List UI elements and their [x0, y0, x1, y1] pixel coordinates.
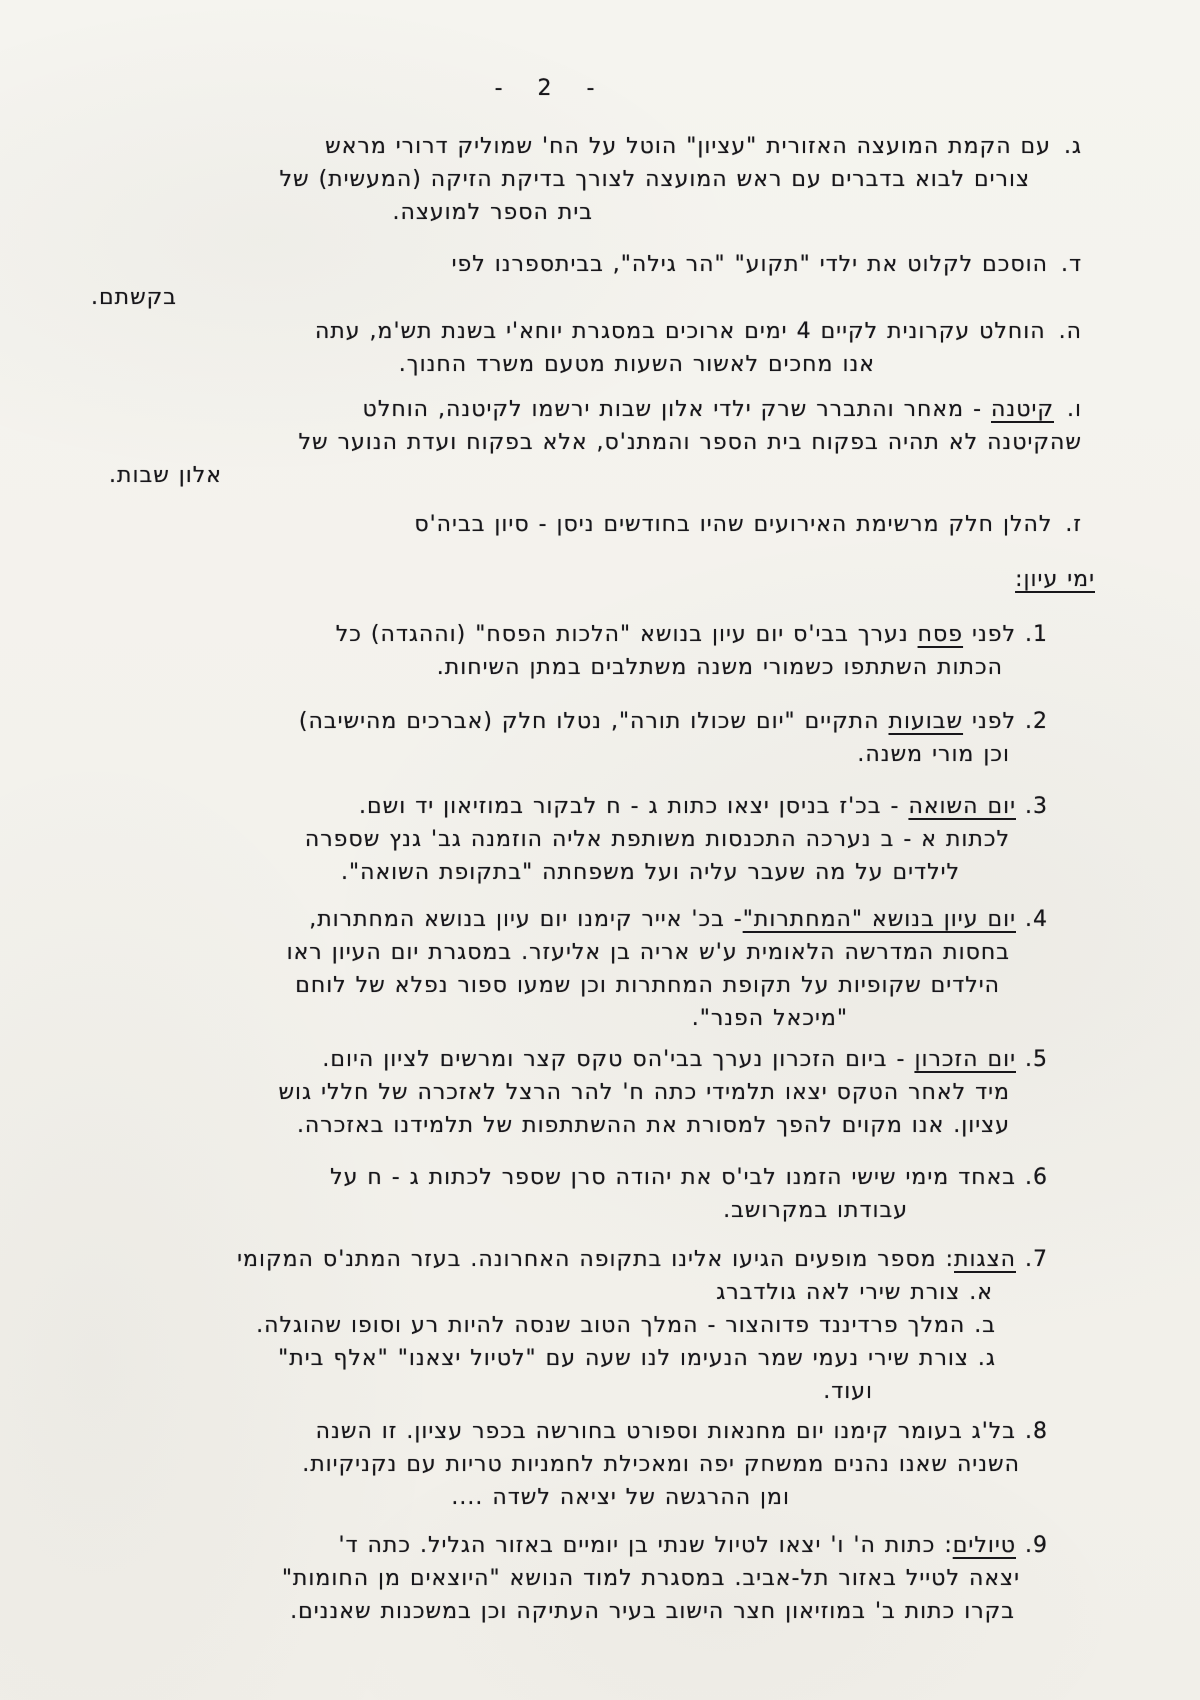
- list-marker: ה.: [1059, 319, 1082, 344]
- list-marker: 6.: [1025, 1165, 1048, 1190]
- text-line: ה.הוחלט עקרונית לקיים 4 ימים ארוכים במסג…: [315, 315, 1082, 348]
- text-line: 3.יום השואה - בכ'ז בניסן יצאו כתות ג - ח…: [305, 790, 1048, 823]
- text-line: ב. המלך פרדיננד פדוהצור - המלך הטוב שנסה…: [237, 1309, 1048, 1342]
- line-text: - בכ' אייר קימנו יום עיון בנושא המחתרות,: [309, 907, 743, 932]
- text-line: לילדים על מה שעבר עליה ועל משפחתה "בתקופ…: [305, 856, 1048, 889]
- text-line: יצאה לטייל באזור תל-אביב. במסגרת למוד הנ…: [282, 1562, 1048, 1595]
- section-vav: ו.קיטנה - מאחר והתברר שרק ילדי אלון שבות…: [109, 393, 1082, 492]
- page-number: - 2 -: [0, 72, 1096, 105]
- line-text: : מספר מופעים הגיעו אלינו בתקופה האחרונה…: [237, 1247, 954, 1272]
- text-line: 6.באחד מימי שישי הזמנו לבי'ס את יהודה סר…: [330, 1161, 1048, 1194]
- text-line: 5.יום הזכרון - ביום הזכרון נערך בבי'הס ט…: [278, 1043, 1048, 1076]
- line-text: התקיים "יום שכולו תורה", נטלו חלק (אברכי…: [299, 709, 889, 734]
- item-7: 7.הצגות: מספר מופעים הגיעו אלינו בתקופה …: [237, 1243, 1048, 1408]
- line-text: עם הקמת המועצה האזורית "עציון" הוטל על ה…: [325, 134, 1051, 159]
- text-line: צורים לבוא בדברים עם ראש המועצה לצורך בד…: [279, 163, 1082, 196]
- list-marker: ד.: [1061, 252, 1082, 277]
- underlined-text: שבועות: [889, 709, 964, 734]
- list-marker: ו.: [1067, 397, 1082, 422]
- underlined-text: יום השואה: [908, 794, 1016, 819]
- text-line: 4.יום עיון בנושא "המחתרות"- בכ' אייר קימ…: [287, 903, 1048, 936]
- section-gimel: ג.עם הקמת המועצה האזורית "עציון" הוטל על…: [279, 130, 1082, 229]
- line-text: הוחלט עקרונית לקיים 4 ימים ארוכים במסגרת…: [315, 319, 1046, 344]
- text-line: השניה שאנו נהנים ממשחק יפה ומאכילת לחמני…: [302, 1448, 1048, 1481]
- text-line: בחסות המדרשה הלאומית ע'ש אריה בן אליעזר.…: [287, 936, 1048, 969]
- text-line: מיד לאחר הטקס יצאו תלמידי כתה ח' להר הרצ…: [278, 1076, 1048, 1109]
- text-line: ז.להלן חלק מרשימת האירועים שהיו בחודשים …: [414, 508, 1082, 541]
- text-line: א. צורת שירי לאה גולדברג: [237, 1276, 1048, 1309]
- text-line: לכתות א - ב נערכה התכנסות משותפת אליה הו…: [305, 823, 1048, 856]
- item-3: 3.יום השואה - בכ'ז בניסן יצאו כתות ג - ח…: [305, 790, 1048, 889]
- underlined-text: טיולים: [953, 1533, 1016, 1558]
- list-marker: 3.: [1025, 794, 1048, 819]
- text-line: הילדים שקופיות על תקופת המחתרות וכן שמעו…: [287, 969, 1048, 1002]
- text-line: ועוד.: [237, 1375, 1048, 1408]
- text-line: שהקיטנה לא תהיה בפקוח בית הספר והמתנ'ס, …: [109, 426, 1082, 459]
- underlined-text: הצגות: [954, 1247, 1016, 1272]
- text-line: 8.בל'ג בעומר קימנו יום מחנאות וספורט בחו…: [302, 1415, 1048, 1448]
- underlined-text: יום עיון בנושא "המחתרות": [743, 907, 1016, 932]
- heading-text: ימי עיון:: [1015, 567, 1095, 592]
- text-line: עציון. אנו מקוים להפך למסורת את ההשתתפות…: [278, 1109, 1048, 1142]
- item-6: 6.באחד מימי שישי הזמנו לבי'ס את יהודה סר…: [330, 1161, 1048, 1227]
- text-line: ומן ההרגשה של יציאה לשדה ....: [302, 1481, 1048, 1514]
- list-marker: 7.: [1025, 1247, 1048, 1272]
- line-text: באחד מימי שישי הזמנו לבי'ס את יהודה סרן …: [330, 1165, 1016, 1190]
- text-line: 2.לפני שבועות התקיים "יום שכולו תורה", נ…: [299, 705, 1048, 738]
- text-line: בקשתם.: [91, 281, 1082, 314]
- text-line: 9.טיולים: כתות ה' ו' יצאו לטיול שנתי בן …: [282, 1529, 1048, 1562]
- item-1: 1.לפני פסח נערך בבי'ס יום עיון בנושא "הל…: [336, 618, 1048, 684]
- text-line: ג.עם הקמת המועצה האזורית "עציון" הוטל על…: [279, 130, 1082, 163]
- line-text: - ביום הזכרון נערך בבי'הס טקס קצר ומרשים…: [322, 1047, 914, 1072]
- text-line: אנו מחכים לאשור השעות מטעם משרד החנוך.: [315, 348, 1082, 381]
- list-marker: 2.: [1025, 709, 1048, 734]
- text-line: הכתות השתתפו כשמורי משנה משתלבים במתן הש…: [336, 651, 1048, 684]
- line-text: : כתות ה' ו' יצאו לטיול שנתי בן יומיים ב…: [338, 1533, 952, 1558]
- item-9: 9.טיולים: כתות ה' ו' יצאו לטיול שנתי בן …: [282, 1529, 1048, 1628]
- list-marker: 1.: [1025, 622, 1048, 647]
- line-text: לפני: [963, 709, 1016, 734]
- line-text: להלן חלק מרשימת האירועים שהיו בחודשים ני…: [414, 512, 1052, 537]
- text-line: בקרו כתות ב' במוזיאון חצר הישוב בעיר העת…: [282, 1595, 1048, 1628]
- underlined-text: פסח: [918, 622, 963, 647]
- line-text: הוסכם לקלוט את ילדי "תקוע" "הר גילה", בב…: [452, 252, 1048, 277]
- line-text: - מאחר והתברר שרק ילדי אלון שבות ירשמו ל…: [363, 397, 991, 422]
- text-line: בית הספר למועצה.: [279, 196, 1082, 229]
- line-text: לפני: [963, 622, 1016, 647]
- scanned-document-page: - 2 - ג.עם הקמת המועצה האזורית "עציון" ה…: [0, 0, 1200, 1700]
- section-zayin: ז.להלן חלק מרשימת האירועים שהיו בחודשים …: [414, 508, 1082, 541]
- text-line: "מיכאל הפנר".: [287, 1002, 1048, 1035]
- item-4: 4.יום עיון בנושא "המחתרות"- בכ' אייר קימ…: [287, 903, 1048, 1035]
- line-text: בל'ג בעומר קימנו יום מחנאות וספורט בחורש…: [316, 1419, 1016, 1444]
- line-text: - בכ'ז בניסן יצאו כתות ג - ח לבקור במוזי…: [359, 794, 908, 819]
- text-line: אלון שבות.: [109, 459, 1082, 492]
- list-marker: ג.: [1064, 134, 1082, 159]
- list-marker: 8.: [1025, 1419, 1048, 1444]
- text-line: ד.הוסכם לקלוט את ילדי "תקוע" "הר גילה", …: [91, 248, 1082, 281]
- text-line: עבודתו במקרושב.: [330, 1194, 1048, 1227]
- text-line: ו.קיטנה - מאחר והתברר שרק ילדי אלון שבות…: [109, 393, 1082, 426]
- section-dalet: ד.הוסכם לקלוט את ילדי "תקוע" "הר גילה", …: [91, 248, 1082, 314]
- item-2: 2.לפני שבועות התקיים "יום שכולו תורה", נ…: [299, 705, 1048, 771]
- list-marker: 4.: [1025, 907, 1048, 932]
- underlined-text: יום הזכרון: [914, 1047, 1016, 1072]
- item-8: 8.בל'ג בעומר קימנו יום מחנאות וספורט בחו…: [302, 1415, 1048, 1514]
- line-text: נערך בבי'ס יום עיון בנושא "הלכות הפסח" (…: [336, 622, 918, 647]
- item-5: 5.יום הזכרון - ביום הזכרון נערך בבי'הס ט…: [278, 1043, 1048, 1142]
- list-marker: 5.: [1025, 1047, 1048, 1072]
- text-line: ג. צורת שירי נעמי שמר הנעימו לנו שעה עם …: [237, 1342, 1048, 1375]
- section-he: ה.הוחלט עקרונית לקיים 4 ימים ארוכים במסג…: [315, 315, 1082, 381]
- list-marker: ז.: [1065, 512, 1082, 537]
- underlined-text: קיטנה: [991, 397, 1054, 422]
- list-marker: 9.: [1025, 1533, 1048, 1558]
- text-line: 1.לפני פסח נערך בבי'ס יום עיון בנושא "הל…: [336, 618, 1048, 651]
- text-line: וכן מורי משנה.: [299, 738, 1048, 771]
- section-heading: ימי עיון:: [1015, 563, 1095, 596]
- text-line: 7.הצגות: מספר מופעים הגיעו אלינו בתקופה …: [237, 1243, 1048, 1276]
